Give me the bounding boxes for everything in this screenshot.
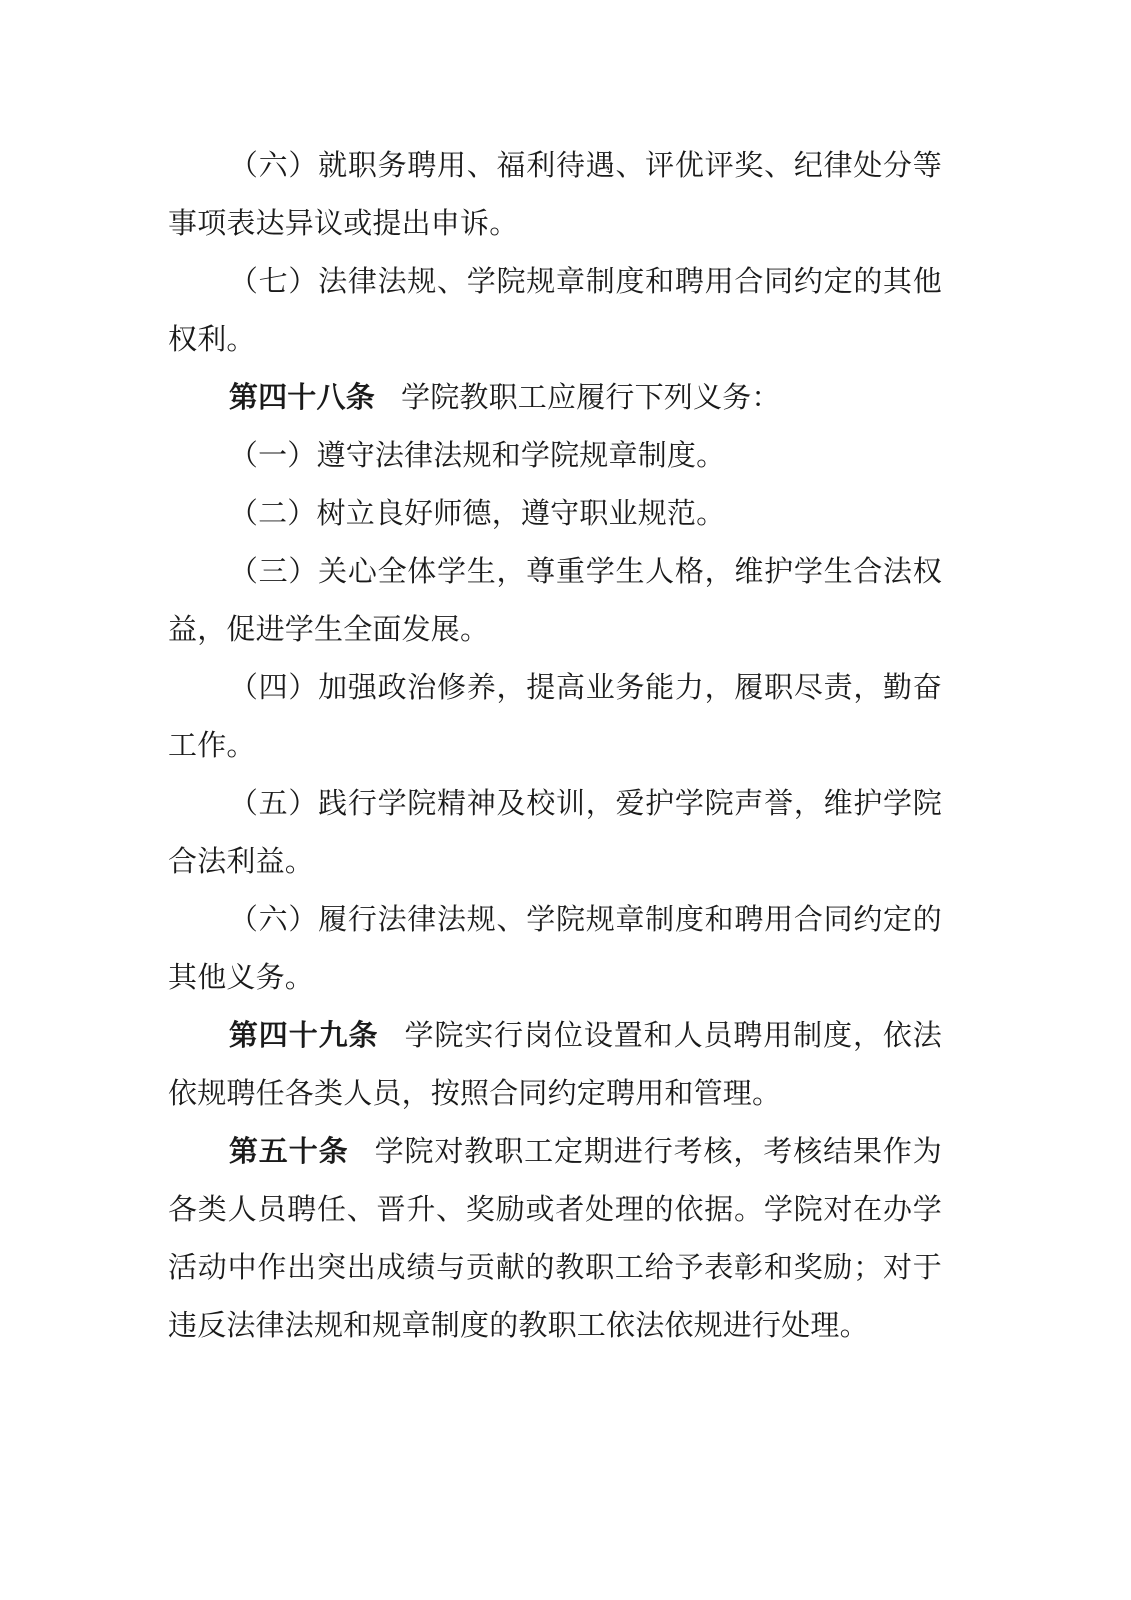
paragraph-item-5-duty: （五）践行学院精神及校训，爱护学院声誉，维护学院合法利益。 xyxy=(168,774,942,890)
paragraph-item-7-rights: （七）法律法规、学院规章制度和聘用合同约定的其他权利。 xyxy=(168,252,942,368)
article-50: 第五十条学院对教职工定期进行考核，考核结果作为各类人员聘任、晋升、奖励或者处理的… xyxy=(168,1122,942,1354)
article-number: 第五十条 xyxy=(229,1134,349,1168)
paragraph-item-1-duty: （一）遵守法律法规和学院规章制度。 xyxy=(168,426,942,484)
article-text: 学院教职工应履行下列义务： xyxy=(401,380,781,414)
article-number: 第四十八条 xyxy=(229,380,375,414)
article-49: 第四十九条学院实行岗位设置和人员聘用制度，依法依规聘任各类人员，按照合同约定聘用… xyxy=(168,1006,942,1122)
paragraph-item-2-duty: （二）树立良好师德，遵守职业规范。 xyxy=(168,484,942,542)
article-number: 第四十九条 xyxy=(229,1018,379,1052)
paragraph-item-6-duty: （六）履行法律法规、学院规章制度和聘用合同约定的其他义务。 xyxy=(168,890,942,1006)
document-page: （六）就职务聘用、福利待遇、评优评奖、纪律处分等事项表达异议或提出申诉。 （七）… xyxy=(168,136,942,1354)
paragraph-item-6-rights: （六）就职务聘用、福利待遇、评优评奖、纪律处分等事项表达异议或提出申诉。 xyxy=(168,136,942,252)
paragraph-item-4-duty: （四）加强政治修养，提高业务能力，履职尽责，勤奋工作。 xyxy=(168,658,942,774)
article-48: 第四十八条学院教职工应履行下列义务： xyxy=(168,368,942,426)
paragraph-item-3-duty: （三）关心全体学生，尊重学生人格，维护学生合法权益，促进学生全面发展。 xyxy=(168,542,942,658)
